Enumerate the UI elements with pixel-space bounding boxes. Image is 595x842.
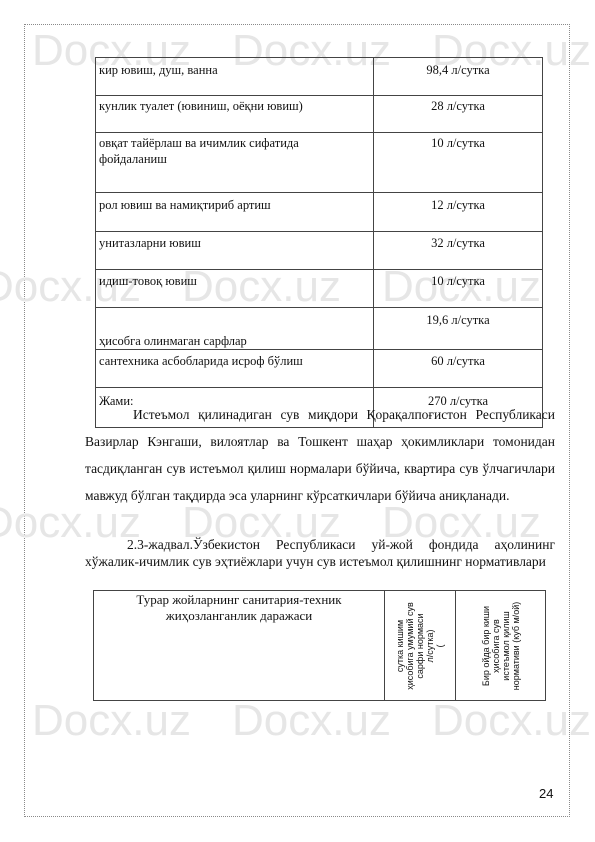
body-paragraph: Истеъмол қилинадиган сув миқдори Қорақал…	[85, 401, 555, 509]
table-row: ҳисобга олинмаган сарфлар 19,6 л/сутка	[96, 308, 543, 350]
table-caption: 2.3-жадвал.Ўзбекистон Республикаси уй-жо…	[85, 536, 555, 570]
row-label: кунлик туалет (ювиниш, оёқни ювиш)	[96, 96, 374, 133]
row-label: ҳисобга олинмаган сарфлар	[96, 308, 374, 350]
table-header-row: Турар жойларнинг санитария-техник жиҳозл…	[94, 591, 546, 701]
header-daily-norm: сутка кишим ҳисобига умумий сув сарфи но…	[385, 591, 456, 701]
table-row: унитазларни ювиш 32 л/сутка	[96, 232, 543, 270]
row-label: сантехника асбобларида исроф бўлиш	[96, 350, 374, 388]
table-row: кир ювиш, душ, ванна 98,4 л/сутка	[96, 58, 543, 96]
row-label: овқат тайёрлаш ва ичимлик сифатида фойда…	[96, 133, 374, 193]
row-label: кир ювиш, душ, ванна	[96, 58, 374, 96]
row-label: рол ювиш ва намиқтириб артиш	[96, 193, 374, 232]
row-value: 19,6 л/сутка	[374, 308, 543, 350]
housing-norms-table: Турар жойларнинг санитария-техник жиҳозл…	[93, 590, 546, 701]
rotated-header-text: Бир ойда бир киши ҳисобига сув истеъмол …	[481, 601, 521, 689]
rotated-header-text: сутка кишим ҳисобига умумий сув сарфи но…	[395, 602, 445, 690]
table-row: кунлик туалет (ювиниш, оёқни ювиш) 28 л/…	[96, 96, 543, 133]
row-value: 12 л/сутка	[374, 193, 543, 232]
table-row: сантехника асбобларида исроф бўлиш 60 л/…	[96, 350, 543, 388]
row-value: 10 л/сутка	[374, 270, 543, 308]
row-value: 32 л/сутка	[374, 232, 543, 270]
header-monthly-norm: Бир ойда бир киши ҳисобига сув истеъмол …	[456, 591, 546, 701]
row-label: идиш-товоқ ювиш	[96, 270, 374, 308]
page-number: 24	[539, 786, 553, 801]
row-value: 60 л/сутка	[374, 350, 543, 388]
row-value: 10 л/сутка	[374, 133, 543, 193]
row-value: 28 л/сутка	[374, 96, 543, 133]
row-value: 98,4 л/сутка	[374, 58, 543, 96]
table-row: рол ювиш ва намиқтириб артиш 12 л/сутка	[96, 193, 543, 232]
water-norms-table: кир ювиш, душ, ванна 98,4 л/сутка кунлик…	[95, 57, 543, 428]
header-sanitary-level: Турар жойларнинг санитария-техник жиҳозл…	[94, 591, 385, 701]
table-row: овқат тайёрлаш ва ичимлик сифатида фойда…	[96, 133, 543, 193]
table-row: идиш-товоқ ювиш 10 л/сутка	[96, 270, 543, 308]
row-label: унитазларни ювиш	[96, 232, 374, 270]
